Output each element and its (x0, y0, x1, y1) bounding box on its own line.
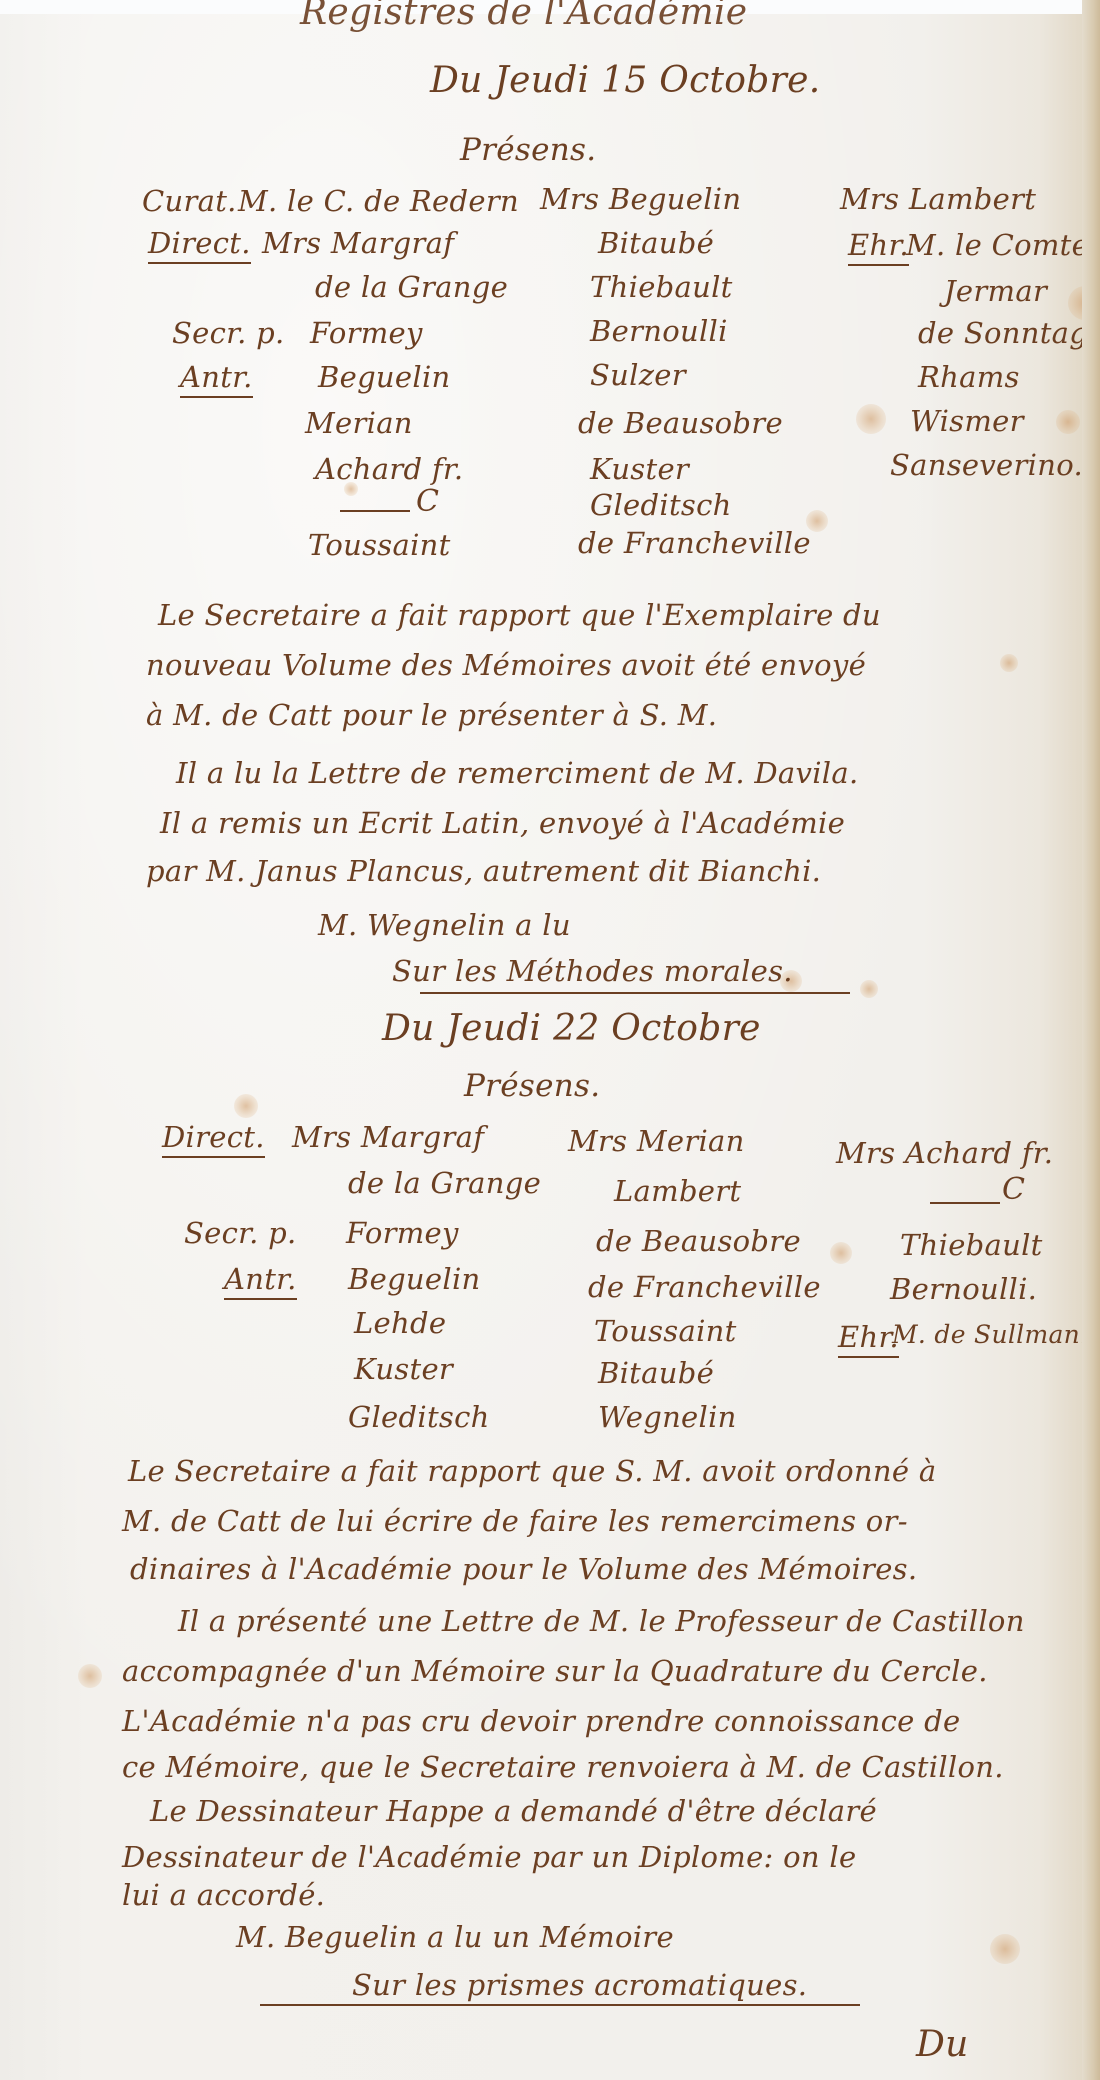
foxing-stain (990, 1934, 1020, 1964)
paper-reading: M. Wegnelin a lu (318, 908, 571, 942)
minutes-line: nouveau Volume des Mémoires avoit été en… (146, 648, 866, 682)
attendee-name: M. de Sullmann (892, 1320, 1096, 1349)
ditto-rule (340, 510, 410, 512)
attendee-name: Bernoulli (590, 314, 728, 348)
attendee-name: Mrs Achard fr. (836, 1136, 1053, 1170)
session-2-date: Du Jeudi 22 Octobre (382, 1008, 761, 1049)
minutes-line: Le Dessinateur Happe a demandé d'être dé… (150, 1794, 877, 1828)
attendee-role: Curat. (142, 184, 237, 218)
attendee-name: Mrs Merian (568, 1124, 745, 1158)
foxing-stain (860, 980, 878, 998)
minutes-line: Le Secretaire a fait rapport que l'Exemp… (158, 598, 881, 632)
paper-title-underline (420, 992, 850, 994)
session-2-present-label: Présens. (464, 1068, 600, 1104)
paper-title: Sur les Méthodes morales. (392, 954, 793, 988)
manuscript-page: Registres de l'Académie Du Jeudi 15 Octo… (0, 14, 1082, 2080)
attendee-name: Mrs Margraf (292, 1120, 484, 1154)
paper-title: Sur les prismes acromatiques. (352, 1968, 807, 2002)
foxing-stain (856, 404, 886, 434)
attendee-name: Sanseverino. (890, 448, 1083, 482)
attendee-name: de la Grange (315, 270, 508, 304)
minutes-line: Le Secretaire a fait rapport que S. M. a… (128, 1454, 936, 1488)
attendee-name: Gleditsch (590, 488, 732, 522)
attendee-name: Beguelin (348, 1262, 481, 1296)
minutes-line: Dessinateur de l'Académie par un Diplome… (122, 1840, 856, 1874)
attendee-name: de la Grange (348, 1166, 541, 1200)
attendee-name: Gleditsch (348, 1400, 490, 1434)
attendee-name: Mrs Margraf (262, 226, 454, 260)
attendee-role: Secr. p. (172, 316, 285, 350)
attendee-name: Toussaint (594, 1314, 737, 1348)
paper-title-underline (260, 2004, 860, 2006)
foxing-stain (234, 1094, 258, 1118)
catchword: Du (916, 2024, 969, 2065)
session-1-date: Du Jeudi 15 Octobre. (430, 60, 821, 101)
attendee-name: Merian (305, 406, 413, 440)
attendee-name: de Beausobre (578, 406, 783, 440)
attendee-name: Rhams (918, 360, 1020, 394)
attendee-name: Thiebault (900, 1228, 1043, 1262)
minutes-line: Il a lu la Lettre de remerciment de M. D… (176, 756, 858, 790)
attendee-name: Sulzer (590, 358, 686, 392)
attendee-name: de Beausobre (596, 1224, 801, 1258)
attendee-name: Bernoulli. (890, 1272, 1037, 1306)
minutes-line: accompagnée d'un Mémoire sur la Quadratu… (122, 1654, 988, 1688)
attendee-name: Mrs Beguelin (540, 182, 741, 216)
minutes-line: dinaires à l'Académie pour le Volume des… (130, 1552, 917, 1586)
minutes-line: à M. de Catt pour le présenter à S. M. (146, 698, 717, 732)
attendee-name: Toussaint (308, 528, 451, 562)
attendee-role: Direct. (148, 226, 251, 264)
foxing-stain (830, 1242, 852, 1264)
foxing-stain (78, 1664, 102, 1688)
minutes-line: L'Académie n'a pas cru devoir prendre co… (122, 1704, 960, 1738)
attendee-name: Formey (310, 316, 423, 350)
attendee-name: Kuster (354, 1352, 453, 1386)
attendee-name: Lambert (614, 1174, 741, 1208)
attendee-name: M. le C. de Redern (238, 184, 519, 218)
minutes-line: Il a remis un Ecrit Latin, envoyé à l'Ac… (160, 806, 845, 840)
attendee-role: Ehr. (848, 228, 909, 266)
attendee-name: Lehde (354, 1306, 446, 1340)
attendee-role: Antr. (180, 360, 253, 398)
running-head: Registres de l'Académie (300, 0, 747, 33)
attendee-name: de Francheville (578, 526, 811, 560)
session-1-present-label: Présens. (460, 132, 596, 168)
attendee-name: Formey (346, 1216, 459, 1250)
minutes-line: lui a accordé. (122, 1878, 325, 1912)
attendee-role: Antr. (224, 1262, 297, 1300)
attendee-name: de Francheville (588, 1270, 821, 1304)
attendee-name: M. le Comte de (906, 228, 1100, 262)
attendee-name: Beguelin (318, 360, 451, 394)
attendee-name: Mrs Lambert (840, 182, 1036, 216)
paper-reading: M. Beguelin a lu un Mémoire (236, 1920, 674, 1954)
bracket-mark: C (416, 484, 439, 519)
attendee-name: Bitaubé (598, 1356, 714, 1390)
attendee-name: Wismer (910, 404, 1024, 438)
minutes-line: par M. Janus Plancus, autrement dit Bian… (146, 854, 821, 888)
ditto-rule (930, 1202, 1000, 1204)
bracket-mark: C (1002, 1172, 1025, 1207)
foxing-stain (1000, 654, 1018, 672)
attendee-role: Secr. p. (184, 1216, 297, 1250)
attendee-name: Bitaubé (598, 226, 714, 260)
attendee-name: de Sonntag (918, 316, 1088, 350)
attendee-role: Ehr. (838, 1320, 899, 1358)
minutes-line: Il a présenté une Lettre de M. le Profes… (178, 1604, 1025, 1638)
minutes-line: ce Mémoire, que le Secretaire renvoiera … (122, 1750, 1004, 1784)
attendee-name: Jermar (944, 274, 1047, 308)
book-spine-edge (1082, 0, 1100, 2080)
attendee-role: Direct. (162, 1120, 265, 1158)
attendee-name: Achard fr. (315, 452, 463, 486)
foxing-stain (1056, 410, 1080, 434)
attendee-name: Thiebault (590, 270, 733, 304)
minutes-line: M. de Catt de lui écrire de faire les re… (122, 1504, 908, 1538)
attendee-name: Kuster (590, 452, 689, 486)
attendee-name: Wegnelin (598, 1400, 737, 1434)
